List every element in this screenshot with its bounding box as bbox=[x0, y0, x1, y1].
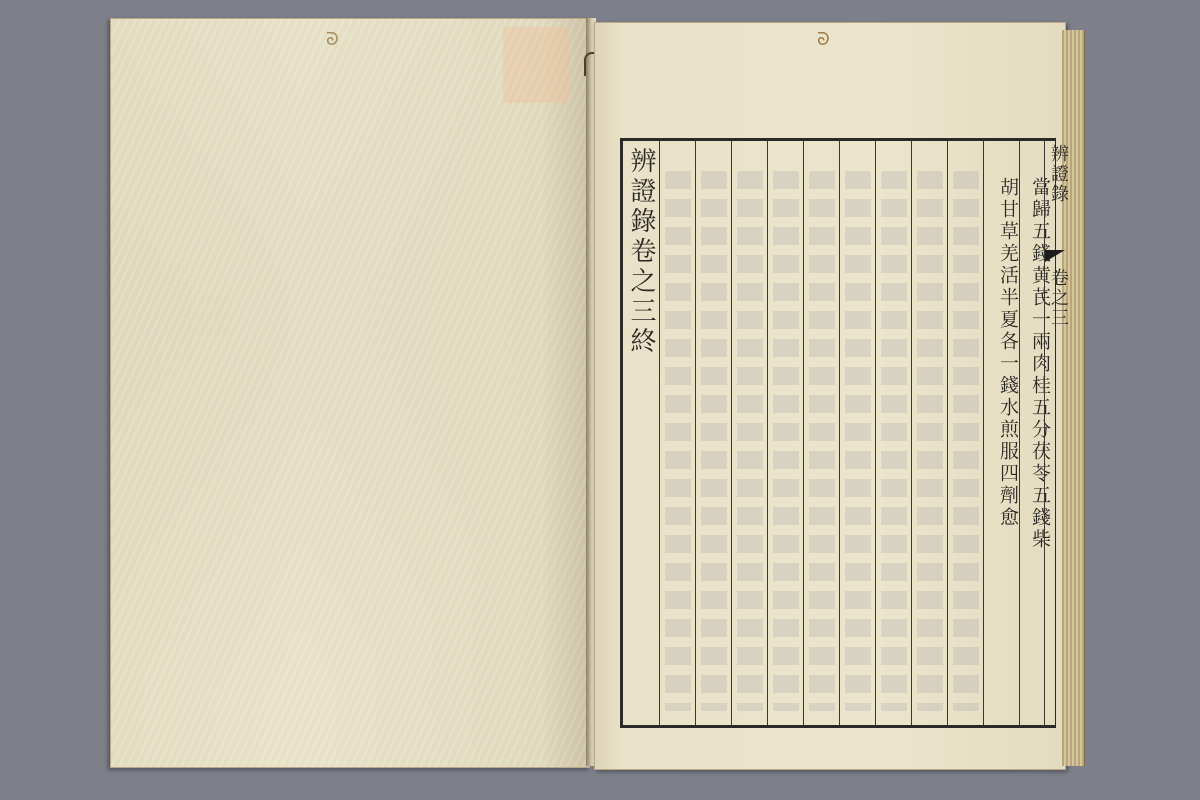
show-through-text bbox=[665, 171, 691, 711]
column-rule bbox=[875, 141, 876, 725]
show-through-text bbox=[845, 171, 871, 711]
column-rule bbox=[731, 141, 732, 725]
column-rule bbox=[839, 141, 840, 725]
recipe-line-2: 胡甘草羌活半夏各一錢水煎服四劑愈 bbox=[989, 177, 1019, 529]
page-edges bbox=[1062, 30, 1085, 766]
column-rule bbox=[803, 141, 804, 725]
colophon-text: 辨證錄卷之三終 bbox=[627, 147, 657, 357]
center-fold-column: 辨證錄 卷之三 bbox=[1044, 140, 1065, 726]
insect-damage-mark: ᘐ bbox=[817, 29, 830, 50]
insect-damage-mark: ᘐ bbox=[326, 29, 339, 50]
show-through-text bbox=[737, 171, 763, 711]
show-through-text bbox=[953, 171, 979, 711]
column-rule bbox=[695, 141, 696, 725]
column-rule bbox=[947, 141, 948, 725]
column-rule bbox=[983, 141, 984, 725]
column-rule bbox=[767, 141, 768, 725]
show-through-text bbox=[701, 171, 727, 711]
book-spread: ᘐ ᘐ 辨證錄卷之三終 當歸五錢黄芪一兩肉桂五分茯苓五錢柴 胡 bbox=[0, 0, 1200, 800]
column-rule bbox=[659, 141, 660, 725]
show-through-text bbox=[881, 171, 907, 711]
printed-frame: 辨證錄卷之三終 當歸五錢黄芪一兩肉桂五分茯苓五錢柴 胡甘草羌活半夏各一錢水煎服四… bbox=[620, 138, 1056, 728]
column-rule bbox=[911, 141, 912, 725]
seal-stamp bbox=[503, 27, 569, 103]
show-through-text bbox=[809, 171, 835, 711]
fishtail-mark bbox=[1045, 250, 1065, 262]
show-through-text bbox=[917, 171, 943, 711]
show-through-text bbox=[773, 171, 799, 711]
column-rule bbox=[1019, 141, 1020, 725]
left-page: ᘐ bbox=[110, 18, 590, 768]
book-title: 辨證錄 bbox=[1045, 144, 1071, 204]
volume-label: 卷之三 bbox=[1045, 268, 1071, 328]
